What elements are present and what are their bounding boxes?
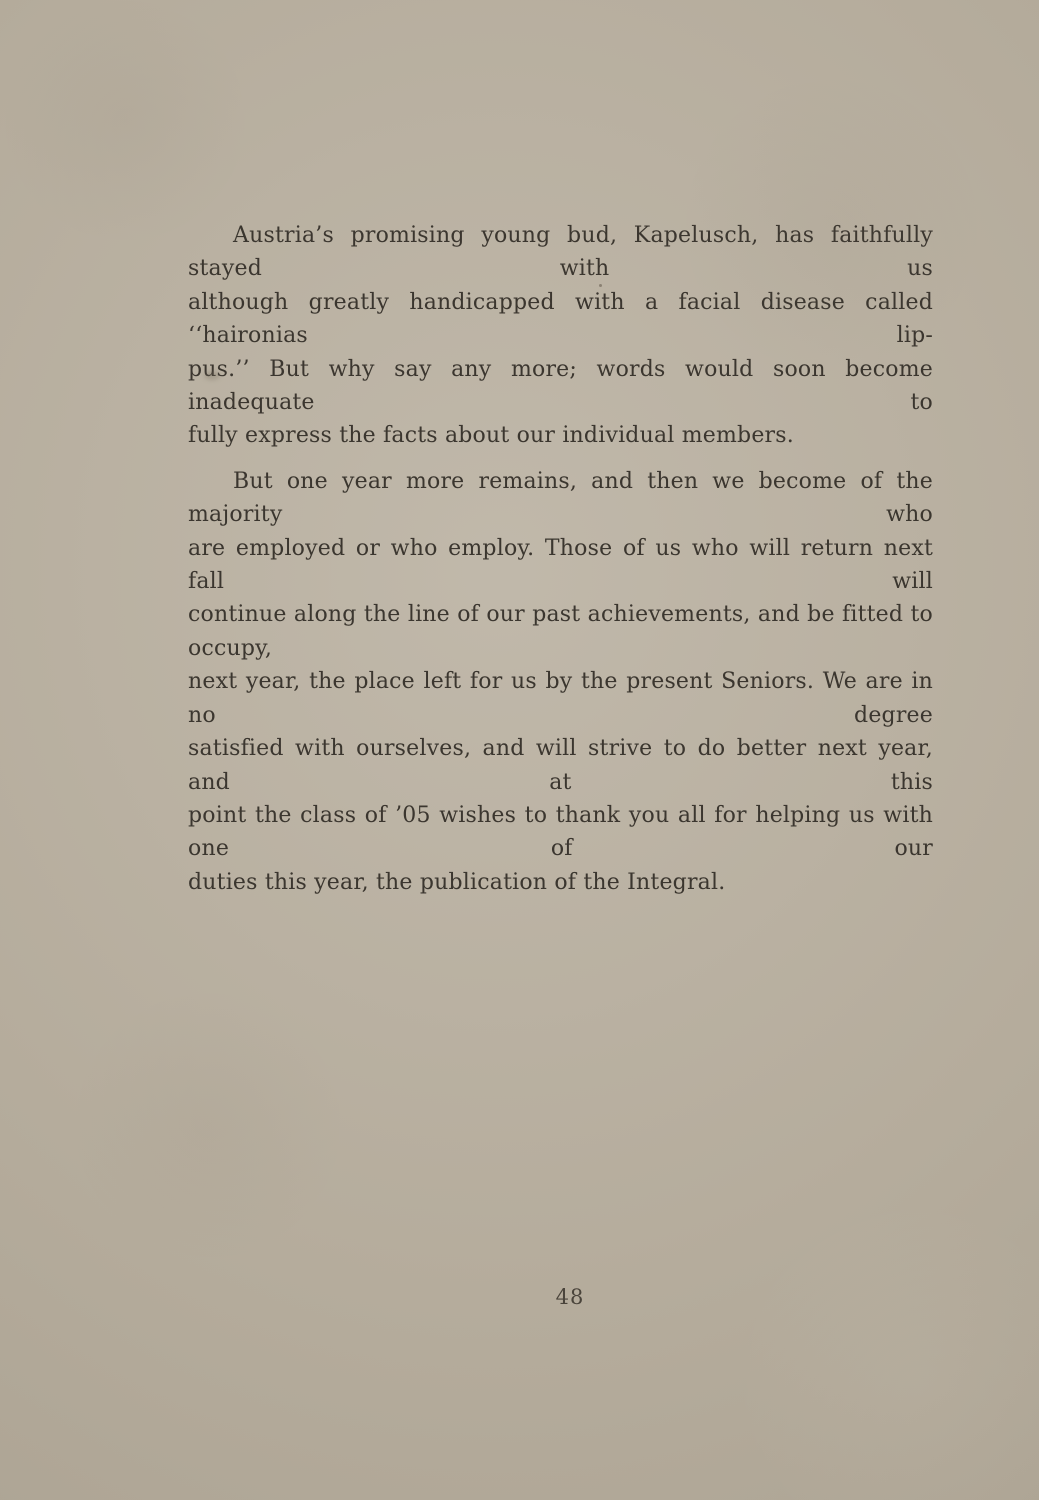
paragraph-2: But one year more remains, and then we b… xyxy=(188,465,933,899)
scanned-book-page: Austria’s promising young bud, Kapelusch… xyxy=(0,0,1039,1500)
text-line: Austria’s promising young bud, Kapelusch… xyxy=(188,219,933,286)
text-line: But one year more remains, and then we b… xyxy=(188,465,933,532)
text-line: satisfied with ourselves, and will striv… xyxy=(188,732,933,799)
scan-smudge xyxy=(204,371,220,380)
text-line: duties this year, the publication of the… xyxy=(188,866,933,899)
text-line: continue along the line of our past achi… xyxy=(188,598,933,665)
text-line: next year, the place left for us by the … xyxy=(188,665,933,732)
page-number: 48 xyxy=(540,1285,600,1309)
scan-speck xyxy=(599,284,602,287)
text-line: although greatly handicapped with a faci… xyxy=(188,286,933,353)
text-line: are employed or who employ. Those of us … xyxy=(188,532,933,599)
paragraph-1: Austria’s promising young bud, Kapelusch… xyxy=(188,219,933,453)
body-text: Austria’s promising young bud, Kapelusch… xyxy=(188,219,933,899)
text-line: pus.’’ But why say any more; words would… xyxy=(188,353,933,420)
text-line: point the class of ’05 wishes to thank y… xyxy=(188,799,933,866)
text-line: fully express the facts about our indivi… xyxy=(188,419,933,452)
